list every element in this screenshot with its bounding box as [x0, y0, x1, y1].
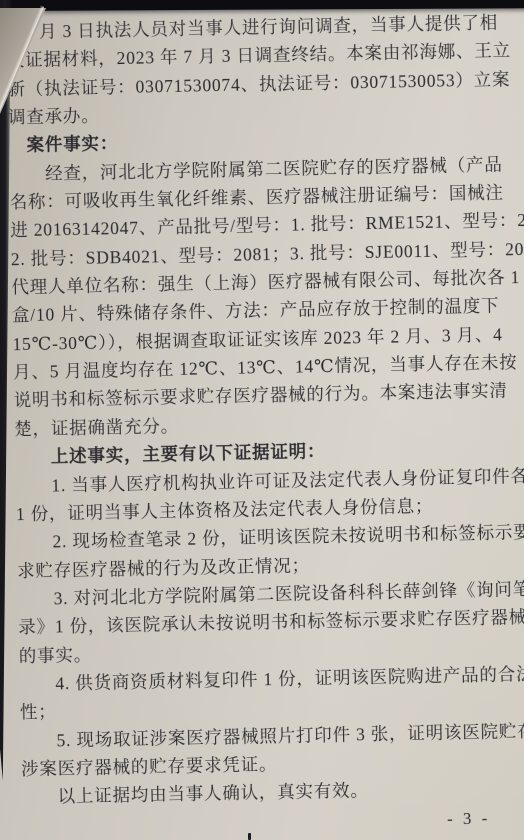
document-lines: 7 月 3 日执法人员对当事人进行询问调查，当事人提供了相关证据材料，2023 … — [6, 8, 522, 812]
ink-speck — [248, 833, 251, 840]
page-curl — [0, 8, 46, 114]
page-curl-face — [0, 8, 46, 114]
photo-of-document: 7 月 3 日执法人员对当事人进行询问调查，当事人提供了相关证据材料，2023 … — [0, 0, 524, 840]
page-number: - 3 - — [447, 809, 491, 830]
